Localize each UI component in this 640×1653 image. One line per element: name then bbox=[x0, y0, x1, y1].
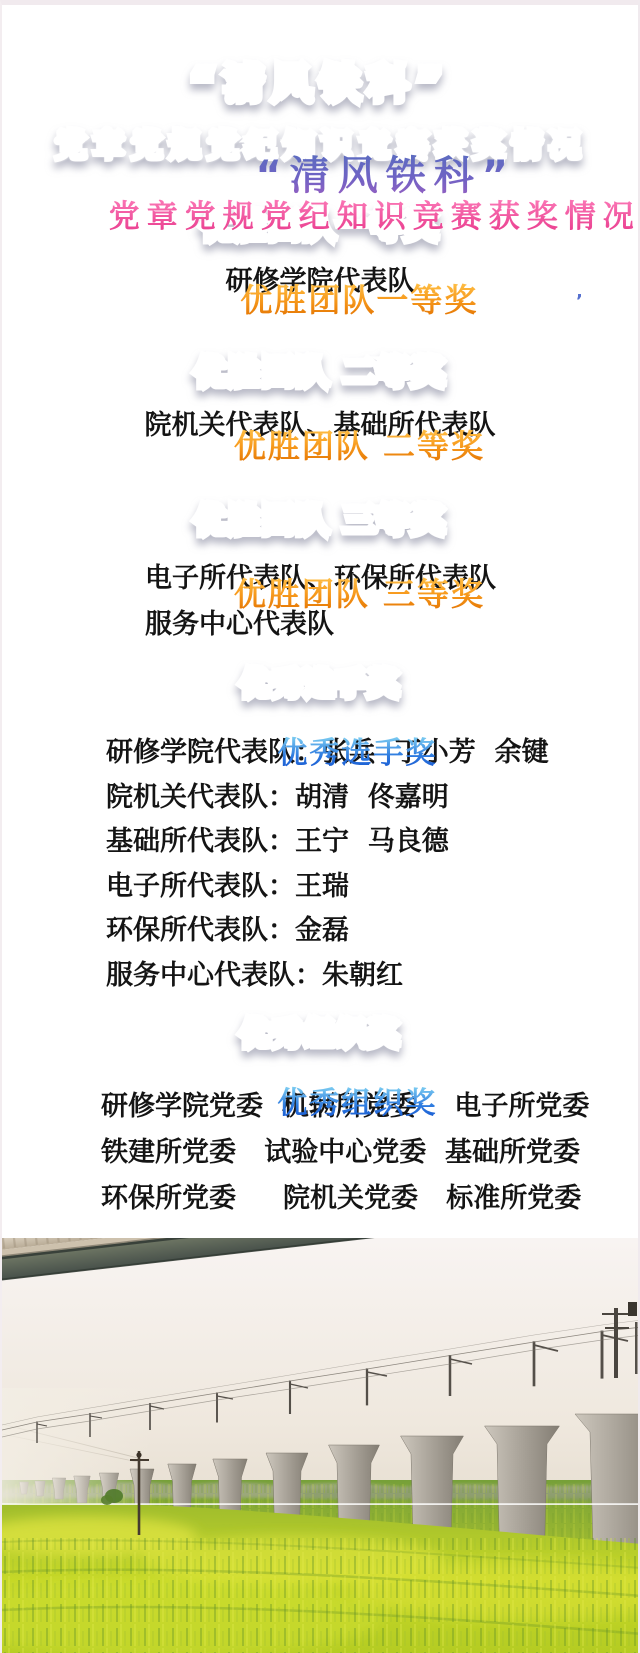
best-player-list: 研修学院代表队：张兵 丁小芳 余键 院机关代表队：胡清 佟嘉明 基础所代表队：王… bbox=[106, 731, 549, 998]
list-item: 环保所代表队：金磊 bbox=[106, 909, 549, 954]
field-texture-front bbox=[2, 1538, 640, 1653]
list-item: 院机关代表队：胡清 佟嘉明 bbox=[106, 776, 549, 821]
list-item: 电子所代表队：王瑞 bbox=[106, 865, 549, 910]
award-announcement-page: “清风铁科” “清风铁科” 党章党规党纪知识竞赛获奖情况 党章党规党纪知识竞赛获… bbox=[0, 0, 640, 1653]
list-item: 环保所党委 院机关党委 标准所党委 bbox=[101, 1176, 589, 1222]
white-line-artifact bbox=[2, 1503, 640, 1505]
haze bbox=[2, 1388, 152, 1508]
list-item: 服务中心代表队：朱朝红 bbox=[106, 954, 549, 999]
list-item: 铁建所党委 试验中心党委 基础所党委 bbox=[101, 1130, 589, 1176]
list-item: 基础所代表队：王宁 马良德 bbox=[106, 820, 549, 865]
train-viaduct-photo bbox=[2, 1238, 640, 1653]
stray-quote-artifact: ’ bbox=[576, 291, 583, 312]
